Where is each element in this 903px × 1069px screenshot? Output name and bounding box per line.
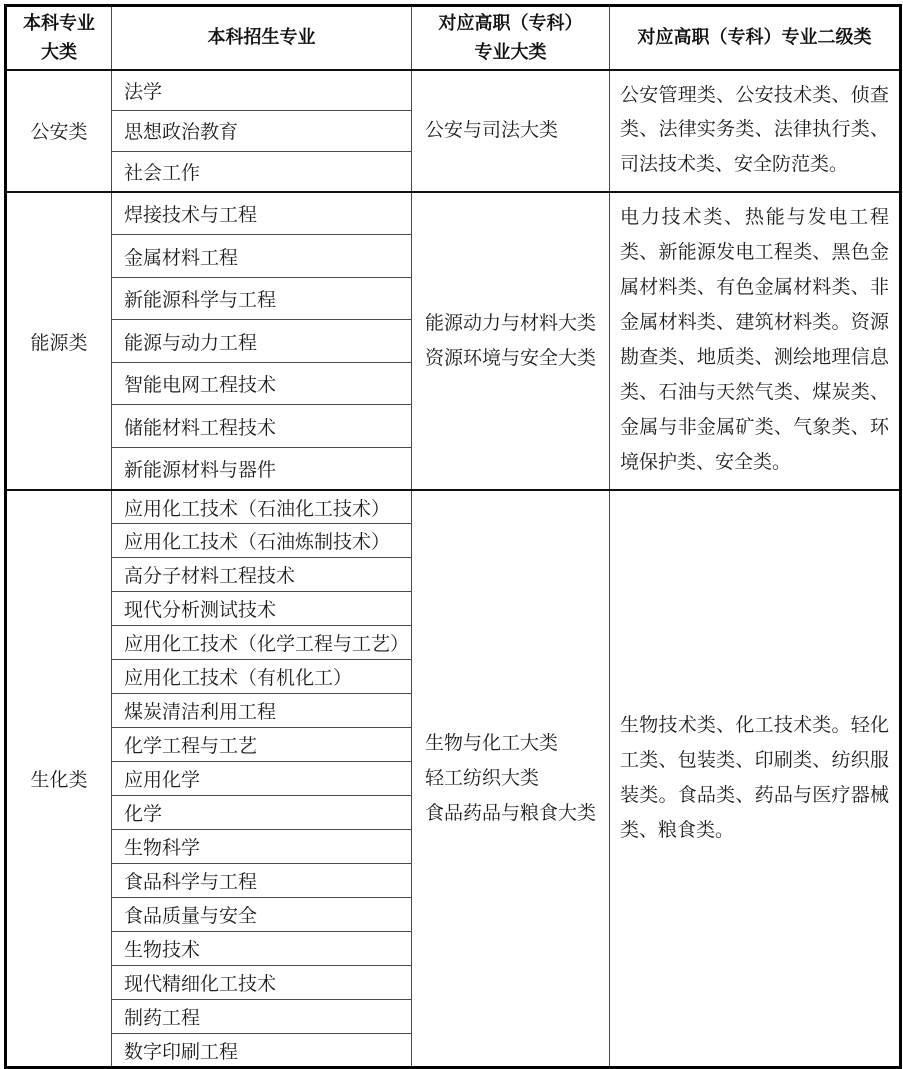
category-cell: 公安类 bbox=[6, 70, 112, 193]
secondary-classes-cell: 公安管理类、公安技术类、侦查类、法律实务类、法律执行类、司法技术类、安全防范类。 bbox=[610, 70, 901, 193]
vocational-categories-cell: 公安与司法大类 bbox=[412, 70, 610, 193]
major-cell: 制药工程 bbox=[112, 1000, 412, 1034]
majors-mapping-table: 本科专业 大类 本科招生专业 对应高职（专科） 专业大类 对应高职（专科）专业二… bbox=[4, 4, 902, 1069]
secondary-classes-cell: 电力技术类、热能与发电工程类、新能源发电工程类、黑色金属材料类、有色金属材料类、… bbox=[610, 192, 901, 490]
major-cell: 食品科学与工程 bbox=[112, 864, 412, 898]
major-cell: 能源与动力工程 bbox=[112, 320, 412, 363]
table-row: 公安类 法学 公安与司法大类 公安管理类、公安技术类、侦查类、法律实务类、法律执… bbox=[6, 70, 901, 111]
major-cell: 金属材料工程 bbox=[112, 235, 412, 278]
major-cell: 数字印刷工程 bbox=[112, 1034, 412, 1068]
major-cell: 现代分析测试技术 bbox=[112, 592, 412, 626]
header-vocational-major-category: 对应高职（专科） 专业大类 bbox=[412, 6, 610, 70]
header-vocational-secondary-class: 对应高职（专科）专业二级类 bbox=[610, 6, 901, 70]
major-cell: 社会工作 bbox=[112, 151, 412, 192]
major-cell: 现代精细化工技术 bbox=[112, 966, 412, 1000]
major-cell: 应用化工技术（有机化工） bbox=[112, 660, 412, 694]
major-cell: 应用化工技术（石油炼制技术） bbox=[112, 524, 412, 558]
major-cell: 储能材料工程技术 bbox=[112, 405, 412, 448]
header-undergrad-major-category: 本科专业 大类 bbox=[6, 6, 112, 70]
major-cell: 应用化工技术（化学工程与工艺） bbox=[112, 626, 412, 660]
major-cell: 法学 bbox=[112, 70, 412, 111]
vocational-categories-cell: 能源动力与材料大类 资源环境与安全大类 bbox=[412, 192, 610, 490]
document-page: 本科专业 大类 本科招生专业 对应高职（专科） 专业大类 对应高职（专科）专业二… bbox=[0, 0, 903, 1030]
major-cell: 思想政治教育 bbox=[112, 110, 412, 151]
major-cell: 应用化工技术（石油化工技术） bbox=[112, 490, 412, 524]
category-cell: 生化类 bbox=[6, 490, 112, 1068]
major-cell: 应用化学 bbox=[112, 762, 412, 796]
vocational-categories-cell: 生物与化工大类 轻工纺织大类 食品药品与粮食大类 bbox=[412, 490, 610, 1068]
major-cell: 焊接技术与工程 bbox=[112, 192, 412, 235]
secondary-classes-cell: 生物技术类、化工技术类。轻化工类、包装类、印刷类、纺织服装类。食品类、药品与医疗… bbox=[610, 490, 901, 1068]
major-cell: 高分子材料工程技术 bbox=[112, 558, 412, 592]
major-cell: 煤炭清洁利用工程 bbox=[112, 694, 412, 728]
major-cell: 智能电网工程技术 bbox=[112, 362, 412, 405]
major-cell: 生物科学 bbox=[112, 830, 412, 864]
major-cell: 生物技术 bbox=[112, 932, 412, 966]
header-undergrad-enrollment-major: 本科招生专业 bbox=[112, 6, 412, 70]
major-cell: 新能源材料与器件 bbox=[112, 447, 412, 490]
table-row: 能源类 焊接技术与工程 能源动力与材料大类 资源环境与安全大类 电力技术类、热能… bbox=[6, 192, 901, 235]
major-cell: 新能源科学与工程 bbox=[112, 277, 412, 320]
category-cell: 能源类 bbox=[6, 192, 112, 490]
major-cell: 食品质量与安全 bbox=[112, 898, 412, 932]
table-row: 生化类 应用化工技术（石油化工技术） 生物与化工大类 轻工纺织大类 食品药品与粮… bbox=[6, 490, 901, 524]
major-cell: 化学 bbox=[112, 796, 412, 830]
header-row: 本科专业 大类 本科招生专业 对应高职（专科） 专业大类 对应高职（专科）专业二… bbox=[6, 6, 901, 70]
major-cell: 化学工程与工艺 bbox=[112, 728, 412, 762]
